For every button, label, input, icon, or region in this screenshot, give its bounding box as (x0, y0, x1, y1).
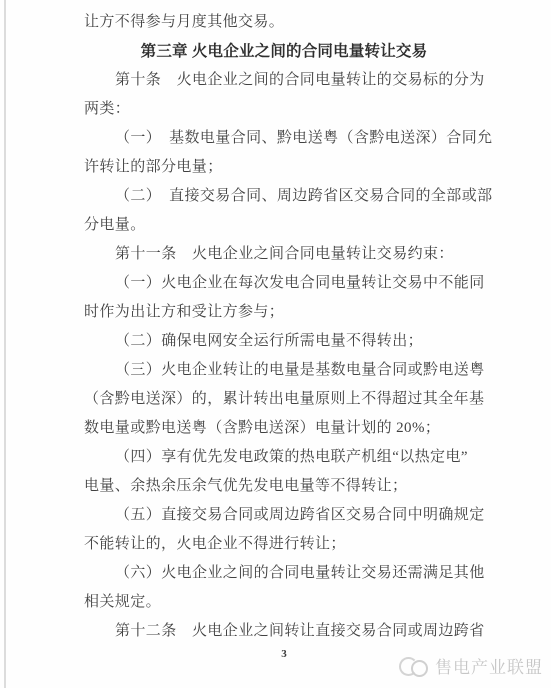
alliance-logo-icon (398, 654, 430, 678)
document-line: （四）享有优先发电政策的热电联产机组“以热定电” (84, 443, 484, 472)
document-line: （二） 直接交易合同、周边跨省区交易合同的全部或部 (84, 182, 484, 211)
document-line: （三）火电企业转让的电量是基数电量合同或黔电送粤 (84, 356, 484, 385)
watermark-text: 售电产业联盟 (435, 653, 543, 678)
document-line: 第十二条 火电企业之间转让直接交易合同或周边跨省 (84, 617, 484, 646)
document-line: 数电量或黔电送粤（含黔电送深）电量计划的 20%； (84, 414, 484, 443)
document-line: （六）火电企业之间的合同电量转让交易还需满足其他 (84, 559, 484, 588)
document-page: 让方不得参与月度其他交易。第三章 火电企业之间的合同电量转让交易第十条 火电企业… (0, 0, 551, 688)
document-line: 第十条 火电企业之间的合同电量转让的交易标的分为 (84, 66, 484, 95)
document-line: 让方不得参与月度其他交易。 (84, 8, 484, 37)
document-line: 许转让的部分电量； (84, 153, 484, 182)
document-line: （二）确保电网安全运行所需电量不得转出； (84, 327, 484, 356)
page-left-edge (4, 0, 6, 688)
chapter-heading: 第三章 火电企业之间的合同电量转让交易 (84, 37, 484, 66)
document-line: 时作为出让方和受让方参与； (84, 298, 484, 327)
document-line: 两类： (84, 95, 484, 124)
document-line: 相关规定。 (84, 588, 484, 617)
document-line: （含黔电送深）的，累计转出电量原则上不得超过其全年基 (84, 385, 484, 414)
document-line: 分电量。 (84, 211, 484, 240)
document-line: 不能转让的，火电企业不得进行转让； (84, 530, 484, 559)
document-body: 让方不得参与月度其他交易。第三章 火电企业之间的合同电量转让交易第十条 火电企业… (84, 8, 484, 646)
document-line: 电量、余热余压余气优先发电电量等不得转让； (84, 472, 484, 501)
watermark: 售电产业联盟 (398, 653, 543, 678)
document-line: （一） 基数电量合同、黔电送粤（含黔电送深）合同允 (84, 124, 484, 153)
document-line: （一）火电企业在每次发电合同电量转让交易中不能同 (84, 269, 484, 298)
document-line: （五）直接交易合同或周边跨省区交易合同中明确规定 (84, 501, 484, 530)
document-line: 第十一条 火电企业之间合同电量转让交易约束： (84, 240, 484, 269)
